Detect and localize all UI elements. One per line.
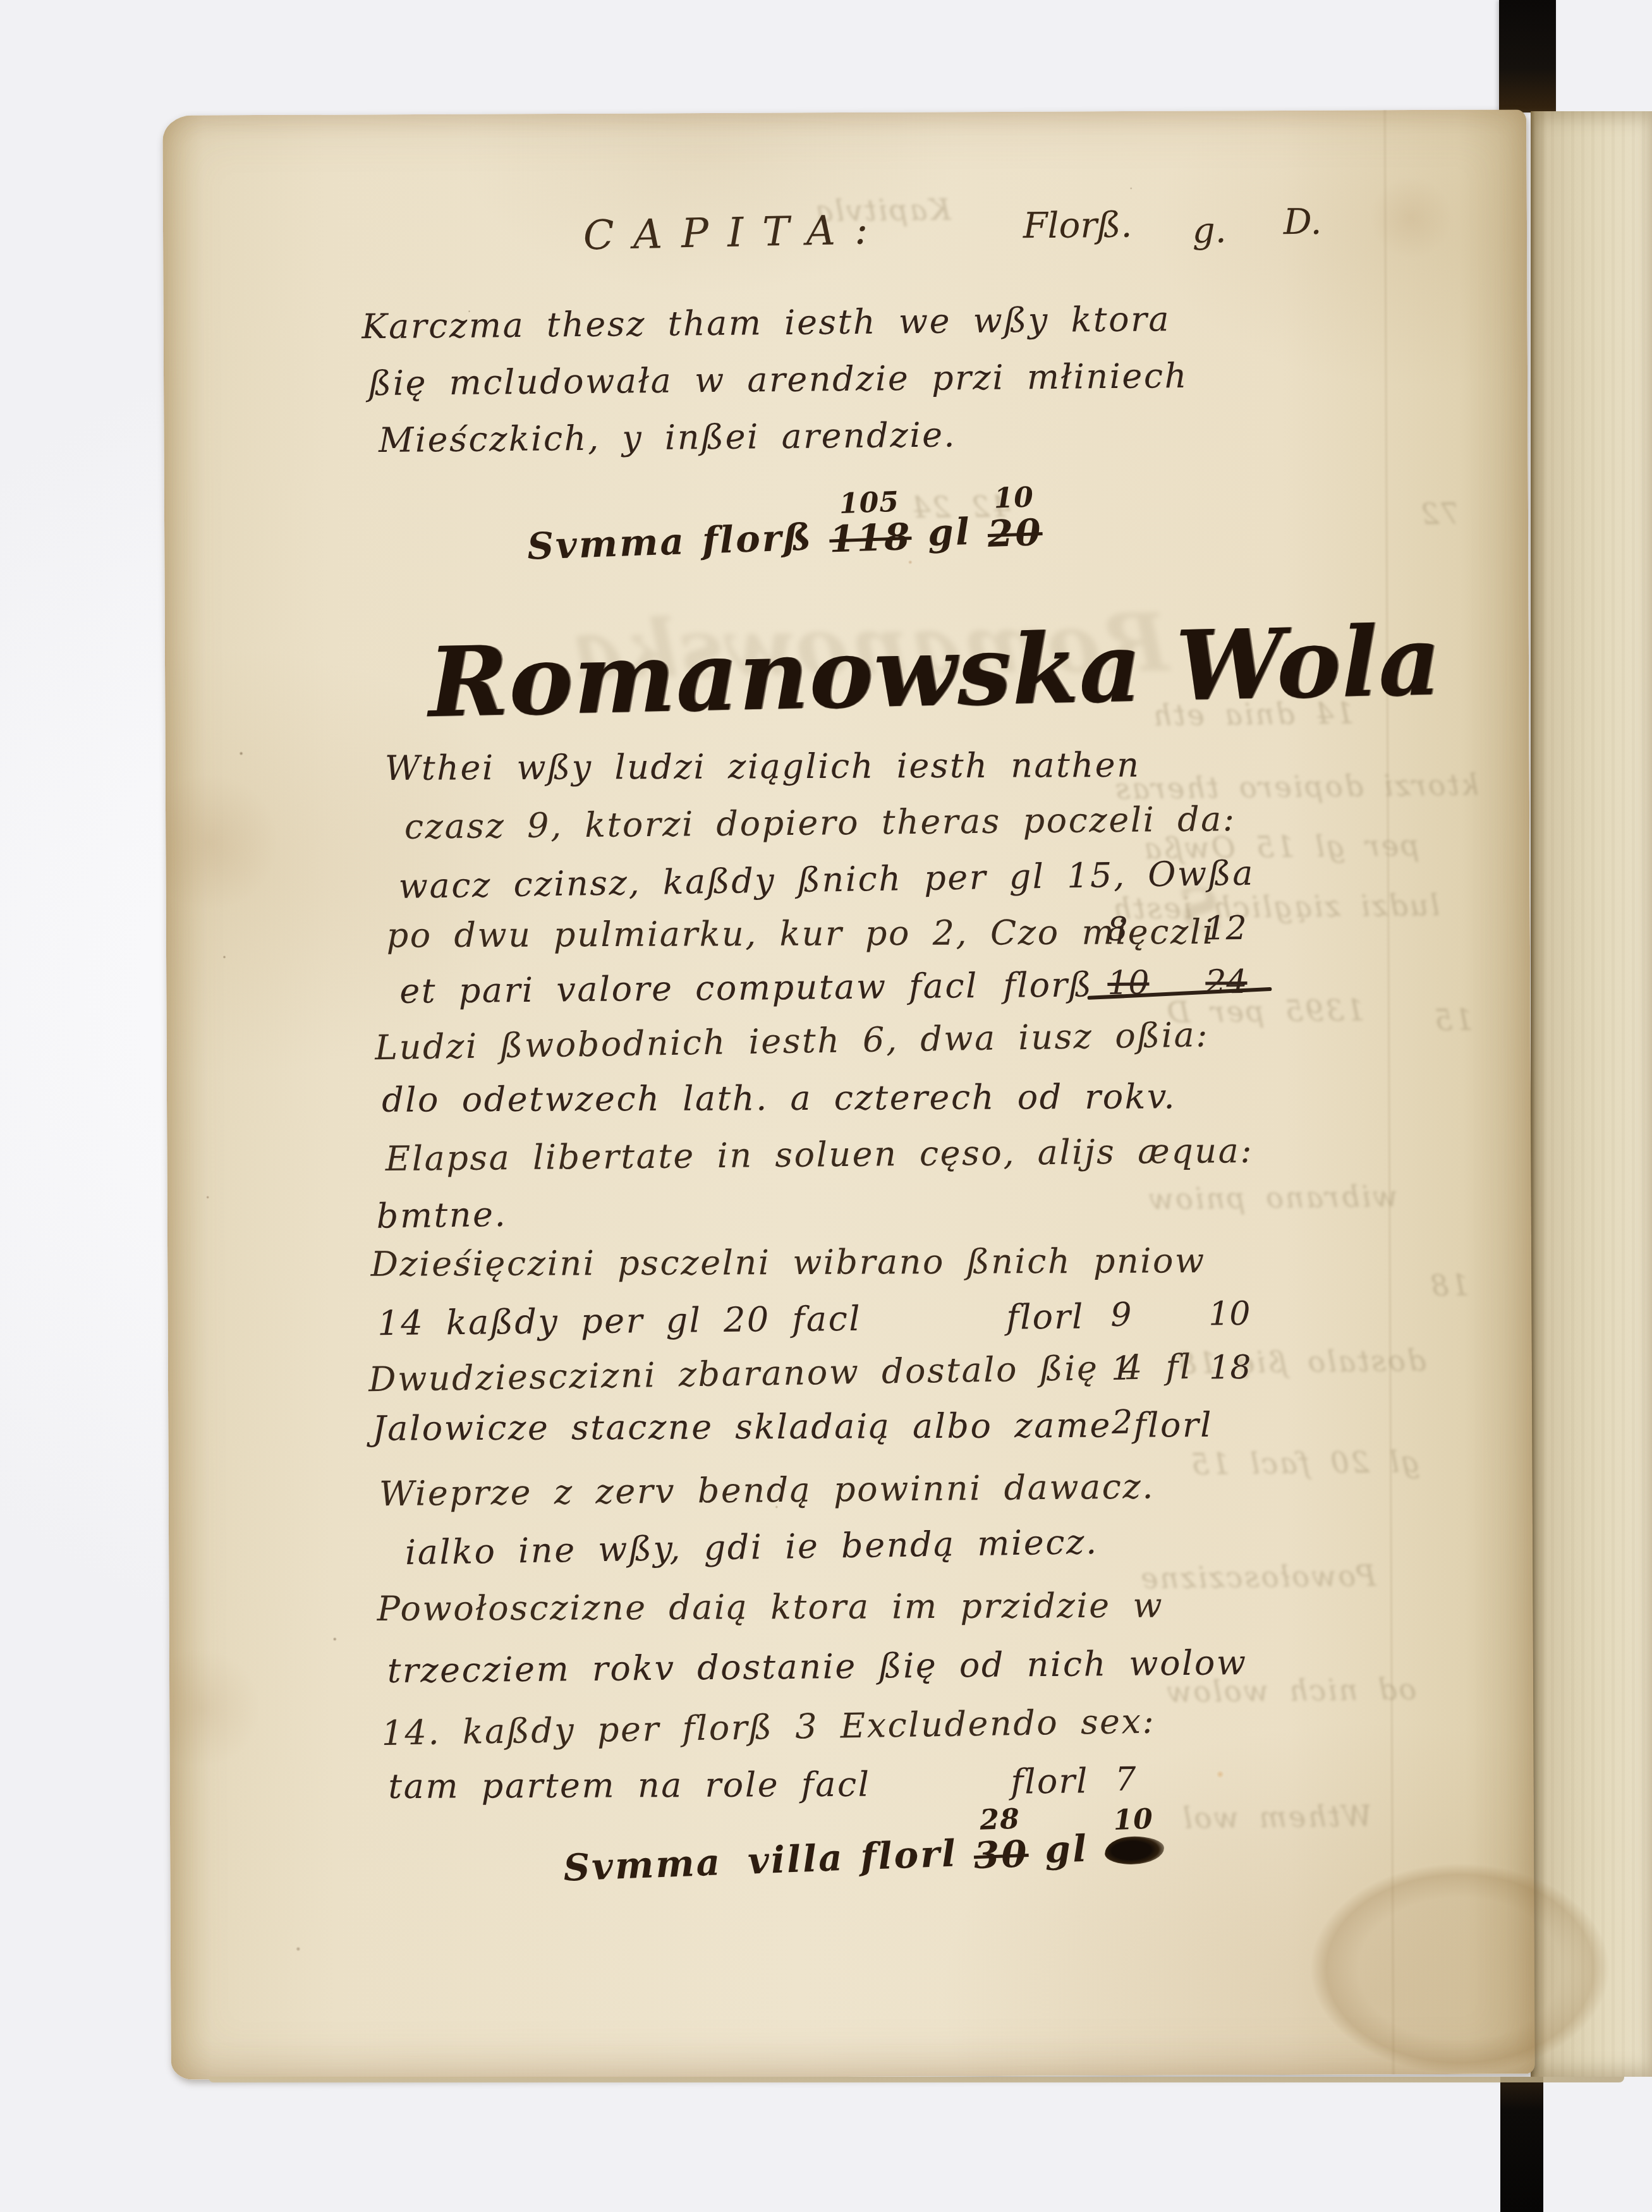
line-text: bmtne. (376, 1194, 507, 1236)
line-text: po dwu pulmiarku, kur po 2, Czo mięczli (386, 912, 1215, 956)
line-text: dlo odetwzech lath. a czterech od rokv. (382, 1076, 1176, 1119)
manuscript-line: po dwu pulmiarku, kur po 2, Czo mięczli … (165, 907, 1529, 966)
florins-value: 2 (1112, 1404, 1133, 1442)
line-text: Dwudziesczizni zbaranow dostalo ßię 4 fl (368, 1347, 1193, 1399)
corrected-value: 10 (1113, 1806, 1154, 1835)
page-bottom-edge (209, 2077, 1624, 2082)
line-text: ialko ine wßy, gdi ie bendą miecz. (404, 1522, 1098, 1572)
currency-unit: florß (701, 515, 814, 562)
grossi-unit: gl (927, 510, 972, 554)
manuscript-line: Elapsa libertate in soluen cęso, alijs æ… (167, 1128, 1532, 1187)
line-text: et pari valore computaw facl (399, 966, 978, 1011)
line-text: Wieprze z zerv bendą powinni dawacz. (379, 1466, 1155, 1514)
summa-villa-line: Svmma villa florl 28 30 gl 10 (562, 1800, 1165, 1890)
corrected-value: 28 (980, 1806, 1021, 1835)
struck-grossi-value: 24 (1205, 963, 1248, 1002)
manuscript-line: 14. kaßdy per florß 3 Excludendo sex: (173, 1700, 1537, 1759)
florins-value: 8 (1107, 911, 1128, 949)
scanner-background: Romanowska Kapitvla 42 24 72 14 dnia eth… (0, 0, 1652, 2212)
grossi-value: 10 (1208, 1295, 1251, 1334)
line-text: Elapsa libertate in soluen cęso, alijs æ… (386, 1131, 1254, 1179)
line-text: 14. kaßdy per florß 3 Excludendo sex: (381, 1701, 1155, 1753)
summa-word: Svmma (526, 520, 686, 568)
struck-value: 118 (829, 518, 912, 557)
manuscript-line: Ludzi ßwobodnich iesth 6, dwa iusz oßia: (166, 1014, 1531, 1073)
currency-unit: florl (1011, 1761, 1088, 1801)
manuscript-line: ialko ine wßy, gdi ie bendą miecz. (171, 1520, 1536, 1579)
corrected-value: 10 (993, 483, 1035, 513)
currency-unit: florl (1006, 1296, 1084, 1337)
column-header-denarii: D. (1283, 202, 1321, 243)
manuscript-line: bmtne. (168, 1185, 1533, 1244)
intro-line: ßię mcludowała w arendzie przi młiniech (368, 356, 1188, 403)
bookmark-ribbon-bottom (1500, 2077, 1543, 2212)
manuscript-page: Romanowska Kapitvla 42 24 72 14 dnia eth… (162, 109, 1535, 2079)
corrected-value: 105 (839, 489, 899, 518)
line-text: trzecziem rokv dostanie ßię od nich wolo… (387, 1643, 1248, 1691)
corrected-florins: 105 118 (828, 488, 913, 557)
corrected-florins: 28 30 (972, 1805, 1029, 1874)
currency-unit: florß (1003, 964, 1093, 1005)
manuscript-line: trzecziem rokv dostanie ßię od nich wolo… (172, 1640, 1536, 1699)
manuscript-line: dlo odetwzech lath. a czterech od rokv. (167, 1071, 1531, 1130)
florins-value: 9 (1110, 1296, 1132, 1334)
section-title: Romanowska Wola (427, 604, 1443, 739)
bookmark-ribbon-top (1499, 0, 1556, 112)
line-text: Wthei wßy ludzi ziąglich iesth nathen (385, 745, 1141, 788)
ink-blot (1104, 1835, 1165, 1865)
grossi-unit: gl (1044, 1827, 1089, 1872)
line-text: Ludzi ßwobodnich iesth 6, dwa iusz oßia: (375, 1014, 1210, 1067)
manuscript-line: Powołosczizne daią ktora im przidzie w (172, 1580, 1536, 1639)
struck-value: 30 (973, 1835, 1029, 1874)
line-text: wacz czinsz, kaßdy ßnich per gl 15, Owßa (398, 853, 1254, 906)
line-text: tam partem na role facl (388, 1765, 870, 1806)
line-text: Dzieśięczini psczelni wibrano ßnich pnio… (370, 1241, 1205, 1284)
grossi-value: 18 (1209, 1349, 1251, 1387)
struck-value: 20 (987, 514, 1043, 552)
manuscript-line: tam partem na role facl florl 7 (173, 1757, 1538, 1816)
corrected-grossi: 10 20 (986, 483, 1043, 552)
manuscript-line: czasz 9, ktorzi dopiero theras poczeli d… (164, 796, 1529, 855)
next-page-edge (1531, 111, 1652, 2077)
intro-line: Mieśczkich, y inßei arendzie. (379, 415, 957, 460)
summa-words: Svmma villa (562, 1836, 845, 1890)
line-text: 14 kaßdy per gl 20 facl (377, 1299, 861, 1343)
florins-value: 1 (1111, 1350, 1133, 1388)
manuscript-line: et pari valore computaw facl florß 10 24 (166, 961, 1530, 1019)
page-title: CAPITA: (583, 207, 887, 260)
currency-unit: florl (859, 1832, 958, 1878)
intro-line: Karczma thesz tham iesth we wßy ktora (361, 299, 1170, 346)
manuscript-line: Wthei wßy ludzi ziąglich iesth nathen (164, 739, 1528, 798)
grossi-value: 12 (1205, 909, 1247, 948)
line-text: Jalowicze staczne skladaią albo zame flo… (372, 1405, 1213, 1449)
manuscript-line: Jalowicze staczne skladaią albo zame flo… (170, 1400, 1534, 1459)
manuscript-line: Dwudziesczizni zbaranow dostalo ßię 4 fl… (169, 1346, 1534, 1405)
manuscript-line: wacz czinsz, kaßdy ßnich per gl 15, Owßa (164, 853, 1529, 912)
corrected-grossi: 10 (1103, 1805, 1165, 1869)
line-text: czasz 9, ktorzi dopiero theras poczeli d… (404, 799, 1236, 847)
manuscript-line: Dzieśięczini psczelni wibrano ßnich pnio… (168, 1236, 1533, 1294)
summa-capita-line: Svmma florß 105 118 gl 10 20 (526, 483, 1043, 568)
column-header-floreni: Florß. (1023, 205, 1133, 247)
manuscript-line: Wieprze z zerv bendą powinni dawacz. (171, 1463, 1535, 1522)
ink-text-layer: CAPITA: Florß. g. D. Karczma thesz tham … (157, 106, 1540, 2084)
manuscript-line: 14 kaßdy per gl 20 facl florl 9 10 (169, 1292, 1533, 1351)
column-header-grossi: g. (1193, 210, 1227, 252)
line-text: Powołosczizne daią ktora im przidzie w (377, 1586, 1164, 1629)
florins-value: 7 (1115, 1761, 1136, 1799)
